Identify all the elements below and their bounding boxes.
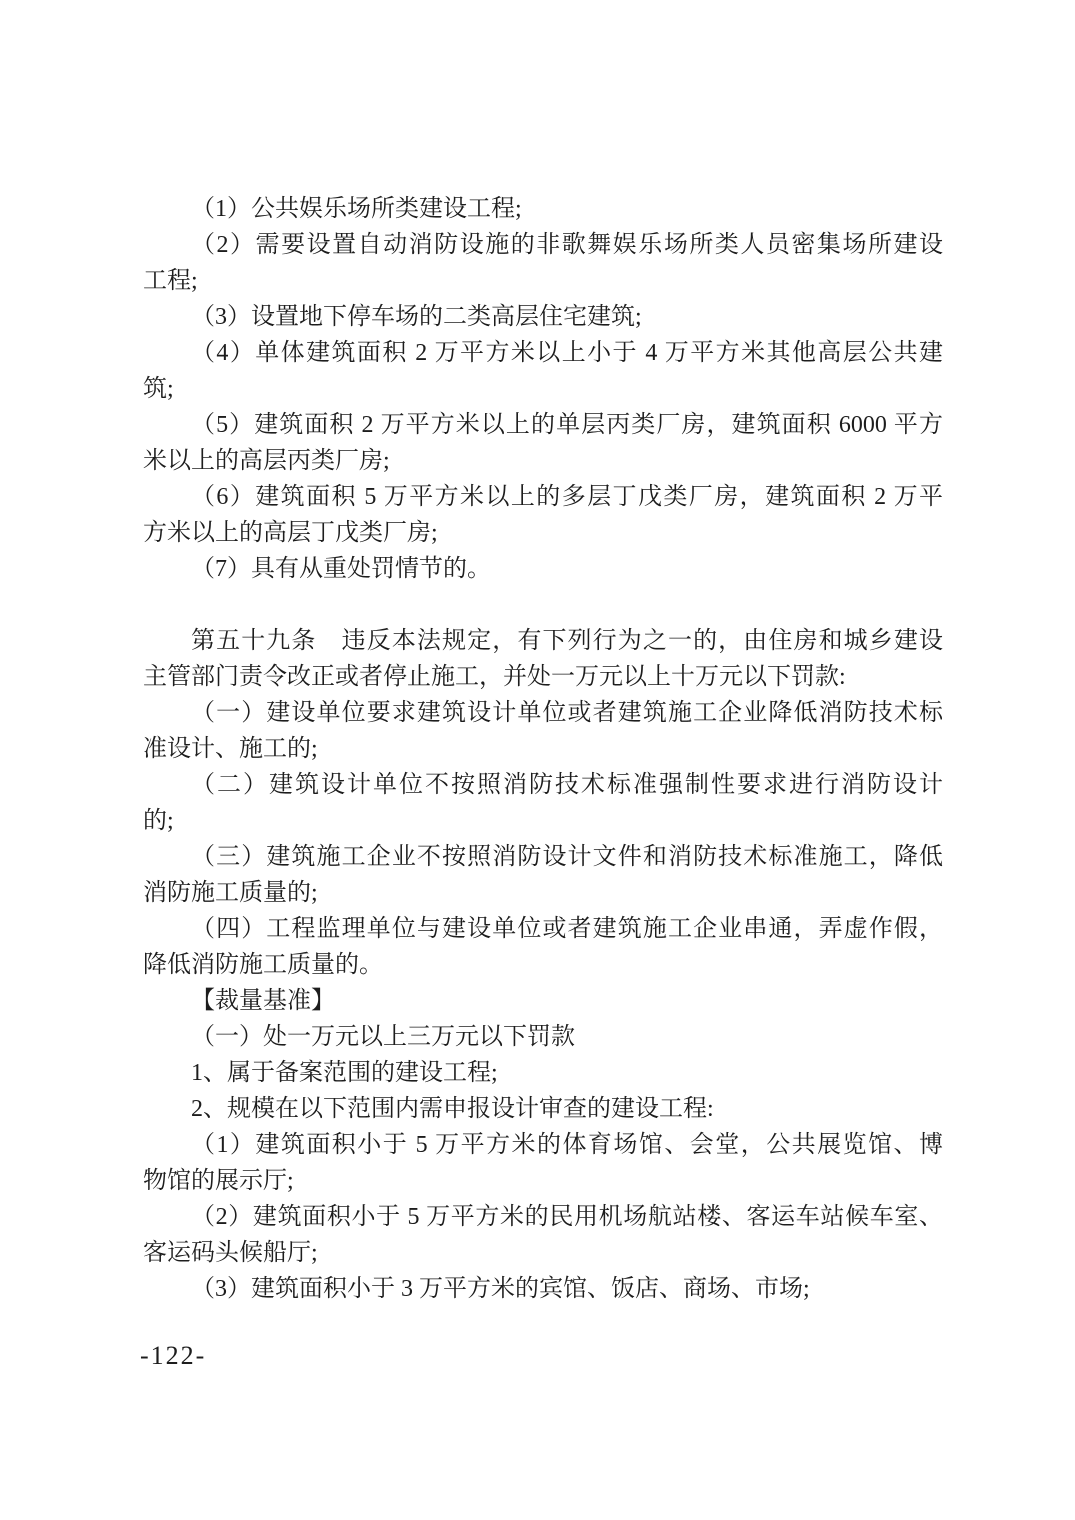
text-line: （三）建筑施工企业不按照消防设计文件和消防技术标准施工，降低	[143, 839, 943, 875]
text-line: （7）具有从重处罚情节的。	[143, 551, 943, 587]
text-line: （二）建筑设计单位不按照消防技术标准强制性要求进行消防设计	[143, 767, 943, 803]
page-number: -122-	[140, 1338, 206, 1374]
text-block: （1）公共娱乐场所类建设工程;（2）需要设置自动消防设施的非歌舞娱乐场所类人员密…	[143, 191, 943, 1307]
text-line: 工程;	[143, 263, 943, 299]
text-line: 2、规模在以下范围内需申报设计审查的建设工程:	[143, 1091, 943, 1127]
text-line: 1、属于备案范围的建设工程;	[143, 1055, 943, 1091]
text-line: 米以上的高层丙类厂房;	[143, 443, 943, 479]
text-line: （2）建筑面积小于 5 万平方米的民用机场航站楼、客运车站候车室、	[143, 1199, 943, 1235]
text-line: （1）公共娱乐场所类建设工程;	[143, 191, 943, 227]
text-line: （一）处一万元以上三万元以下罚款	[143, 1019, 943, 1055]
text-line: 降低消防施工质量的。	[143, 947, 943, 983]
text-line: （四）工程监理单位与建设单位或者建筑施工企业串通，弄虚作假，	[143, 911, 943, 947]
text-line: （2）需要设置自动消防设施的非歌舞娱乐场所类人员密集场所建设	[143, 227, 943, 263]
text-line: （3）设置地下停车场的二类高层住宅建筑;	[143, 299, 943, 335]
text-line: 的;	[143, 803, 943, 839]
text-line: （5）建筑面积 2 万平方米以上的单层丙类厂房，建筑面积 6000 平方	[143, 407, 943, 443]
text-line: 物馆的展示厅;	[143, 1163, 943, 1199]
text-line: 准设计、施工的;	[143, 731, 943, 767]
text-line: 第五十九条 违反本法规定，有下列行为之一的，由住房和城乡建设	[143, 623, 943, 659]
text-line: 主管部门责令改正或者停止施工，并处一万元以上十万元以下罚款:	[143, 659, 943, 695]
text-line: 客运码头候船厅;	[143, 1235, 943, 1271]
text-line: （3）建筑面积小于 3 万平方米的宾馆、饭店、商场、市场;	[143, 1271, 943, 1307]
document-page: （1）公共娱乐场所类建设工程;（2）需要设置自动消防设施的非歌舞娱乐场所类人员密…	[0, 0, 1075, 1520]
text-line: 筑;	[143, 371, 943, 407]
text-line: （6）建筑面积 5 万平方米以上的多层丁戊类厂房，建筑面积 2 万平	[143, 479, 943, 515]
text-line: （4）单体建筑面积 2 万平方米以上小于 4 万平方米其他高层公共建	[143, 335, 943, 371]
text-line: 消防施工质量的;	[143, 875, 943, 911]
text-line: 方米以上的高层丁戊类厂房;	[143, 515, 943, 551]
text-line: 【裁量基准】	[143, 983, 943, 1019]
text-line: （一）建设单位要求建筑设计单位或者建筑施工企业降低消防技术标	[143, 695, 943, 731]
text-line: （1）建筑面积小于 5 万平方米的体育场馆、会堂，公共展览馆、博	[143, 1127, 943, 1163]
